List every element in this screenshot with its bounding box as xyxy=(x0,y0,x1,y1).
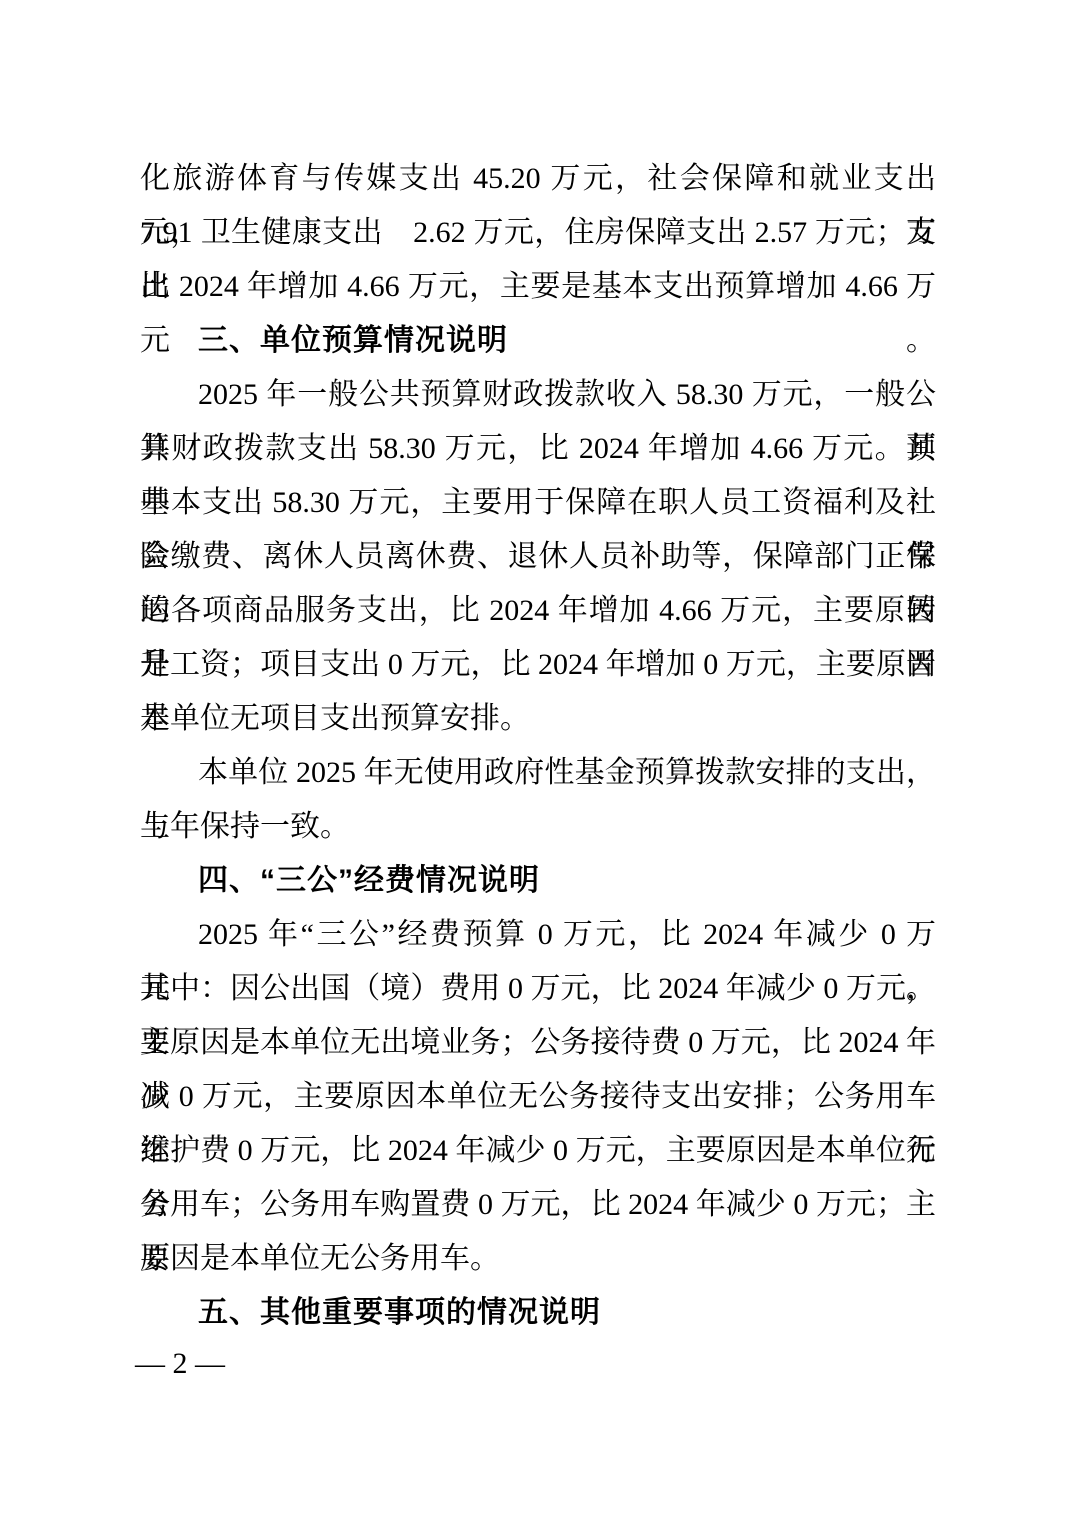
document-page: 化旅游体育与传媒支出 45.20 万元，社会保障和就业支出 7.91 万元，卫生… xyxy=(0,0,1074,1520)
body-text-line: 要原因是本单位无出境业务；公务接待费 0 万元，比 2024 年减 xyxy=(140,1016,936,1070)
body-text-line: 算财政拨款支出 58.30 万元，比 2024 年增加 4.66 万元。其中： xyxy=(140,422,936,476)
body-text-line: 2025 年一般公共预算财政拨款收入 58.30 万元，一般公共预 xyxy=(140,368,936,422)
body-text-line: 比 2024 年增加 4.66 万元，主要是基本支出预算增加 4.66 万元。 xyxy=(140,260,936,314)
body-text-line: 化旅游体育与传媒支出 45.20 万元，社会保障和就业支出 7.91 万 xyxy=(140,152,936,206)
document-content: 化旅游体育与传媒支出 45.20 万元，社会保障和就业支出 7.91 万元，卫生… xyxy=(140,152,936,1340)
body-text-line: 本单位无项目支出预算安排。 xyxy=(140,692,936,746)
body-text-line: 险缴费、离休人员离休费、退休人员补助等，保障部门正常运转 xyxy=(140,530,936,584)
body-text-line: 维护费 0 万元，比 2024 年减少 0 万元，主要原因是本单位无公 xyxy=(140,1124,936,1178)
body-text-line: 2025 年“三公”经费预算 0 万元，比 2024 年减少 0 万元。 xyxy=(140,908,936,962)
body-text-line: 其中：因公出国（境）费用 0 万元，比 2024 年减少 0 万元，主 xyxy=(140,962,936,1016)
body-text-line: 元，卫生健康支出 2.62 万元，住房保障支出 2.57 万元；支出 xyxy=(140,206,936,260)
page-number: — 2 — xyxy=(135,1344,225,1384)
body-text-line: 少 0 万元，主要原因本单位无公务接待支出安排；公务用车运行 xyxy=(140,1070,936,1124)
body-text-line: 的各项商品服务支出，比 2024 年增加 4.66 万元，主要原因是晋 xyxy=(140,584,936,638)
body-text-line: 本单位 2025 年无使用政府性基金预算拨款安排的支出，与 xyxy=(140,746,936,800)
section-heading: 五、其他重要事项的情况说明 xyxy=(140,1286,936,1340)
body-text-line: 原因是本单位无公务用车。 xyxy=(140,1232,936,1286)
body-text-line: 务用车；公务用车购置费 0 万元，比 2024 年减少 0 万元；主要 xyxy=(140,1178,936,1232)
body-text-line: 基本支出 58.30 万元，主要用于保障在职人员工资福利及社会保 xyxy=(140,476,936,530)
section-heading: 四、“三公”经费情况说明 xyxy=(140,854,936,908)
body-text-line: 升工资；项目支出 0 万元，比 2024 年增加 0 万元，主要原因是 xyxy=(140,638,936,692)
body-text-line: 上年保持一致。 xyxy=(140,800,936,854)
